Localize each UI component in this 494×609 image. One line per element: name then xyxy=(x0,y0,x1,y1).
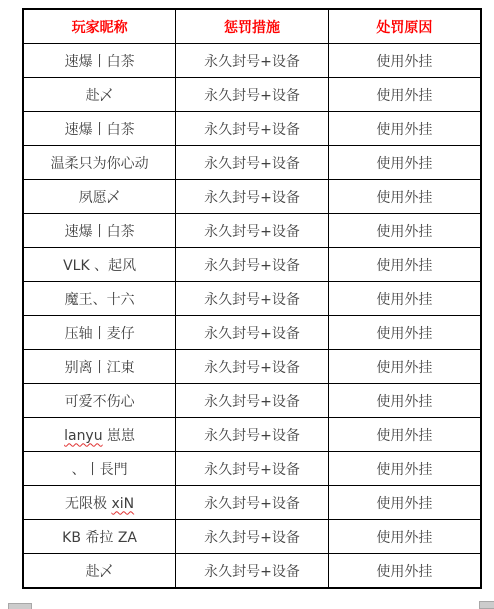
cell-punishment-measure: 永久封号+设备 xyxy=(176,282,329,316)
cell-punishment-reason: 使用外挂 xyxy=(328,418,481,452)
misspelled-word: xiN xyxy=(111,496,134,512)
cell-punishment-reason: 使用外挂 xyxy=(328,146,481,180)
cell-player-nickname: 、丨長門 xyxy=(23,452,176,486)
cell-player-nickname: 别离丨江東 xyxy=(23,350,176,384)
table-row: lanyu 崽崽永久封号+设备使用外挂 xyxy=(23,418,481,452)
cell-punishment-measure: 永久封号+设备 xyxy=(176,180,329,214)
cell-player-nickname: VLK 、起风 xyxy=(23,248,176,282)
cell-player-nickname: 温柔只为你心动 xyxy=(23,146,176,180)
table-row: 别离丨江東永久封号+设备使用外挂 xyxy=(23,350,481,384)
table-row: 可爱不伤心永久封号+设备使用外挂 xyxy=(23,384,481,418)
document-page: 玩家昵称 惩罚措施 处罚原因 速爆丨白茶永久封号+设备使用外挂赴乄永久封号+设备… xyxy=(0,0,494,609)
cell-player-nickname: 压轴丨麦仔 xyxy=(23,316,176,350)
table-row: 赴乄永久封号+设备使用外挂 xyxy=(23,554,481,589)
table-row: 无限极 xiN永久封号+设备使用外挂 xyxy=(23,486,481,520)
cropped-ui-fragment-bottom-right xyxy=(479,601,494,609)
cell-player-nickname: 魔王、十六 xyxy=(23,282,176,316)
cell-punishment-reason: 使用外挂 xyxy=(328,384,481,418)
cell-player-nickname: KB 希拉 ZA xyxy=(23,520,176,554)
cell-punishment-measure: 永久封号+设备 xyxy=(176,248,329,282)
cell-punishment-measure: 永久封号+设备 xyxy=(176,350,329,384)
cell-punishment-reason: 使用外挂 xyxy=(328,350,481,384)
cell-player-nickname: 夙愿乄 xyxy=(23,180,176,214)
cell-player-nickname: 可爱不伤心 xyxy=(23,384,176,418)
cell-player-nickname: 速爆丨白茶 xyxy=(23,112,176,146)
table-body: 速爆丨白茶永久封号+设备使用外挂赴乄永久封号+设备使用外挂速爆丨白茶永久封号+设… xyxy=(23,44,481,589)
cell-punishment-reason: 使用外挂 xyxy=(328,248,481,282)
cell-punishment-reason: 使用外挂 xyxy=(328,214,481,248)
cell-punishment-measure: 永久封号+设备 xyxy=(176,418,329,452)
cell-punishment-reason: 使用外挂 xyxy=(328,316,481,350)
cell-punishment-reason: 使用外挂 xyxy=(328,112,481,146)
table-row: 压轴丨麦仔永久封号+设备使用外挂 xyxy=(23,316,481,350)
cell-punishment-reason: 使用外挂 xyxy=(328,486,481,520)
table-row: 速爆丨白茶永久封号+设备使用外挂 xyxy=(23,44,481,78)
table-row: 速爆丨白茶永久封号+设备使用外挂 xyxy=(23,214,481,248)
cell-punishment-measure: 永久封号+设备 xyxy=(176,214,329,248)
cell-player-nickname: 赴乄 xyxy=(23,554,176,589)
table-row: 赴乄永久封号+设备使用外挂 xyxy=(23,78,481,112)
cell-punishment-reason: 使用外挂 xyxy=(328,282,481,316)
table-header-row: 玩家昵称 惩罚措施 处罚原因 xyxy=(23,9,481,44)
table-row: 温柔只为你心动永久封号+设备使用外挂 xyxy=(23,146,481,180)
table-row: 速爆丨白茶永久封号+设备使用外挂 xyxy=(23,112,481,146)
cell-punishment-reason: 使用外挂 xyxy=(328,44,481,78)
cell-punishment-measure: 永久封号+设备 xyxy=(176,520,329,554)
cell-punishment-measure: 永久封号+设备 xyxy=(176,44,329,78)
cell-punishment-measure: 永久封号+设备 xyxy=(176,452,329,486)
table-row: 夙愿乄永久封号+设备使用外挂 xyxy=(23,180,481,214)
cell-player-nickname: 速爆丨白茶 xyxy=(23,214,176,248)
cell-punishment-reason: 使用外挂 xyxy=(328,452,481,486)
ban-list-table: 玩家昵称 惩罚措施 处罚原因 速爆丨白茶永久封号+设备使用外挂赴乄永久封号+设备… xyxy=(22,8,482,589)
header-cell-player-nickname: 玩家昵称 xyxy=(23,9,176,44)
cell-punishment-reason: 使用外挂 xyxy=(328,180,481,214)
cell-punishment-measure: 永久封号+设备 xyxy=(176,316,329,350)
cell-punishment-reason: 使用外挂 xyxy=(328,78,481,112)
table-row: VLK 、起风永久封号+设备使用外挂 xyxy=(23,248,481,282)
table-row: KB 希拉 ZA永久封号+设备使用外挂 xyxy=(23,520,481,554)
cell-punishment-measure: 永久封号+设备 xyxy=(176,146,329,180)
cell-punishment-measure: 永久封号+设备 xyxy=(176,554,329,589)
cell-punishment-measure: 永久封号+设备 xyxy=(176,384,329,418)
cell-punishment-measure: 永久封号+设备 xyxy=(176,112,329,146)
header-cell-punishment-measure: 惩罚措施 xyxy=(176,9,329,44)
cell-punishment-measure: 永久封号+设备 xyxy=(176,486,329,520)
table-row: 、丨長門永久封号+设备使用外挂 xyxy=(23,452,481,486)
cell-punishment-reason: 使用外挂 xyxy=(328,554,481,589)
cell-player-nickname: 速爆丨白茶 xyxy=(23,44,176,78)
cell-player-nickname: lanyu 崽崽 xyxy=(23,418,176,452)
cropped-ui-fragment-bottom-left xyxy=(8,603,32,609)
header-cell-punishment-reason: 处罚原因 xyxy=(328,9,481,44)
cell-player-nickname: 赴乄 xyxy=(23,78,176,112)
table-row: 魔王、十六永久封号+设备使用外挂 xyxy=(23,282,481,316)
cell-punishment-measure: 永久封号+设备 xyxy=(176,78,329,112)
misspelled-word: lanyu xyxy=(64,428,103,444)
cell-punishment-reason: 使用外挂 xyxy=(328,520,481,554)
cell-player-nickname: 无限极 xiN xyxy=(23,486,176,520)
